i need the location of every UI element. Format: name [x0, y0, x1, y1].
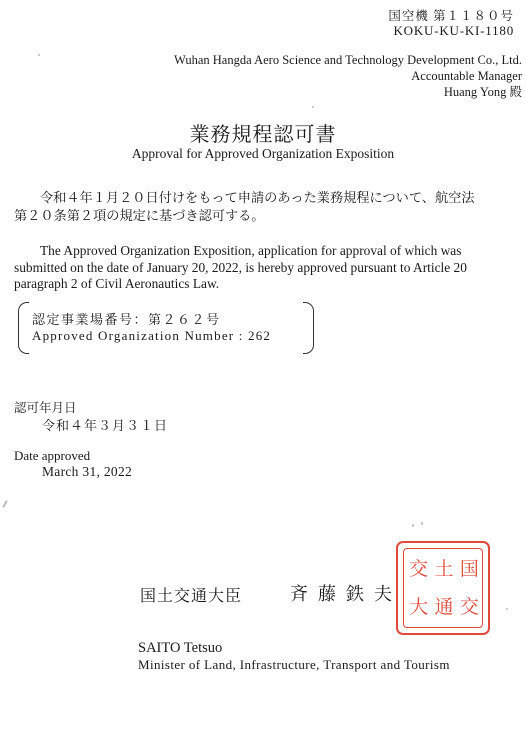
addressee-position: Accountable Manager: [174, 68, 522, 84]
body-en-line: submitted on the date of January 20, 202…: [14, 260, 510, 277]
left-bracket: [18, 302, 29, 354]
body-paragraph-en: The Approved Organization Exposition, ap…: [14, 243, 510, 293]
body-jp-line: 令和４年１月２０日付けをもって申請のあった業務規程について、航空法: [14, 190, 510, 208]
body-paragraph-jp: 令和４年１月２０日付けをもって申請のあった業務規程について、航空法 第２０条第２…: [14, 190, 510, 226]
seal-char: 大: [406, 588, 431, 626]
organization-number-en: Approved Organization Number : 262: [32, 328, 271, 344]
organization-number-jp: 認定事業場番号：第２６２号: [32, 309, 221, 328]
right-bracket: [303, 302, 314, 354]
body-jp-line: 第２０条第２項の規定に基づき認可する。: [14, 208, 510, 226]
minister-name-en: SAITO Tetsuo: [138, 640, 222, 657]
document-title-en: Approval for Approved Organization Expos…: [0, 146, 526, 162]
seal-char: 交: [457, 588, 482, 626]
official-seal-icon: 国 交 土 通 交 大: [396, 541, 490, 635]
scan-speck: [421, 522, 423, 525]
document-number-en: KOKU-KU-KI-1180: [393, 23, 514, 39]
approval-date-value-jp: 令和４年３月３１日: [42, 415, 168, 434]
scan-speck: [312, 106, 314, 108]
document-title-jp: 業務規程認可書: [0, 118, 526, 147]
body-en-line: paragraph 2 of Civil Aeronautics Law.: [14, 276, 510, 293]
seal-char: 通: [431, 588, 456, 626]
scan-speck: [2, 500, 8, 508]
seal-char: 交: [406, 550, 431, 588]
document-number-jp: 国空機 第１１８０号: [388, 6, 514, 24]
minister-name-jp: 斉藤鉄夫: [290, 580, 402, 606]
approval-date-label-en: Date approved: [14, 448, 90, 464]
seal-column: 国 交: [457, 550, 482, 626]
scan-speck: [412, 524, 414, 527]
seal-char: 国: [457, 550, 482, 588]
body-en-line: The Approved Organization Exposition, ap…: [14, 243, 510, 260]
addressee-block: Wuhan Hangda Aero Science and Technology…: [174, 52, 522, 100]
scan-speck: [506, 608, 508, 610]
addressee-company: Wuhan Hangda Aero Science and Technology…: [174, 52, 522, 68]
seal-column: 土 通: [431, 550, 456, 626]
scan-speck: [38, 54, 40, 56]
approval-date-value-en: March 31, 2022: [42, 464, 132, 480]
seal-characters: 国 交 土 通 交 大: [406, 550, 482, 626]
addressee-name: Huang Yong 殿: [174, 84, 522, 100]
minister-title-jp: 国土交通大臣: [140, 583, 242, 606]
seal-char: 土: [431, 550, 456, 588]
seal-column: 交 大: [406, 550, 431, 626]
approval-date-label-jp: 認可年月日: [14, 398, 77, 416]
minister-role-en: Minister of Land, Infrastructure, Transp…: [138, 657, 450, 673]
organization-number-box: 認定事業場番号：第２６２号 Approved Organization Numb…: [18, 302, 314, 354]
